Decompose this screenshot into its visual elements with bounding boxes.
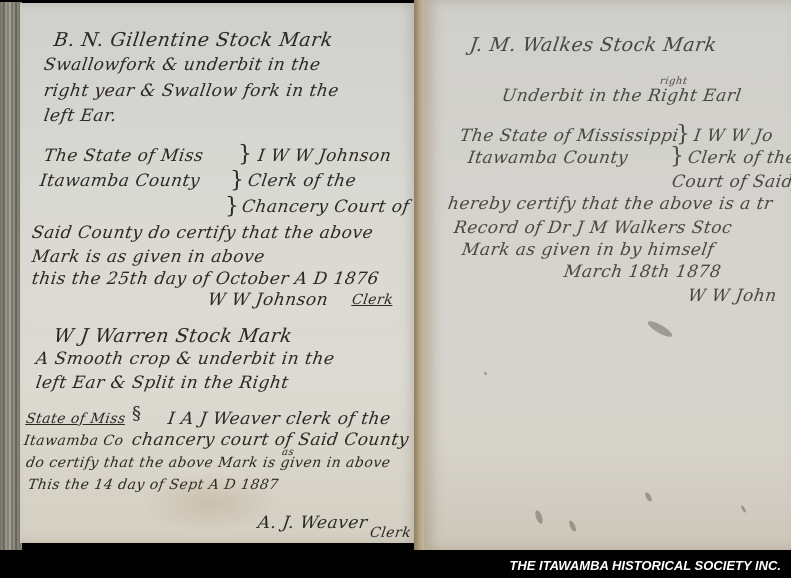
entry-line: Swallowfork & underbit in the bbox=[43, 55, 322, 75]
inserted-word: as bbox=[281, 447, 295, 458]
brace-mark: } bbox=[238, 144, 252, 166]
certificate-date: March 18th 1878 bbox=[563, 262, 723, 282]
left-page: B. N. Gillentine Stock Mark Swallowfork … bbox=[20, 3, 417, 543]
certificate-body: this the 25th day of October A D 1876 bbox=[31, 269, 381, 289]
certificate-clerk: Court of Said bbox=[671, 172, 791, 192]
caption-bar: THE ITAWAMBA HISTORICAL SOCIETY INC. bbox=[0, 550, 791, 578]
brace-mark: } bbox=[670, 146, 684, 168]
signature-title: Clerk bbox=[351, 292, 394, 308]
credit-text: THE ITAWAMBA HISTORICAL SOCIETY INC. bbox=[509, 558, 781, 573]
certificate-body: hereby certify that the above is a tr bbox=[447, 194, 774, 214]
certificate-county: Itawamba County bbox=[467, 148, 630, 168]
entry-line: A Smooth crop & underbit in the bbox=[35, 349, 336, 369]
right-page: J. M. Walkes Stock Mark right Underbit i… bbox=[424, 0, 791, 550]
ink-stain bbox=[534, 509, 544, 524]
certificate-body: chancery court of Said County bbox=[131, 430, 411, 450]
certificate-state: The State of Mississippi bbox=[459, 126, 680, 146]
entry-line: right year & Swallow fork in the bbox=[43, 81, 341, 101]
signature: A. J. Weaver bbox=[257, 513, 369, 533]
entry-line: Underbit in the Right Earl bbox=[501, 86, 743, 106]
certificate-body: Mark is as given in above bbox=[31, 247, 267, 267]
certificate-county: Itawamba Co bbox=[23, 433, 125, 449]
certificate-clerk: Chancery Court of bbox=[241, 197, 411, 217]
certificate-body: Said County do certify that the above bbox=[31, 223, 375, 243]
signature-title: Clerk bbox=[369, 525, 412, 541]
brace-mark: } bbox=[225, 196, 239, 218]
ink-stain bbox=[568, 520, 578, 533]
entry-title-walker: J. M. Walkes Stock Mark bbox=[468, 34, 718, 56]
certificate-state: The State of Miss bbox=[43, 146, 205, 166]
entry-line: left Ear & Split in the Right bbox=[35, 373, 291, 393]
certificate-clerk: Clerk of the bbox=[687, 148, 791, 168]
certificate-body: Mark as given in by himself bbox=[461, 240, 716, 260]
book-page-edges bbox=[0, 2, 22, 550]
brace-mark: } bbox=[676, 124, 690, 146]
flourish-mark: § bbox=[132, 403, 141, 425]
certificate-clerk: I W W Jo bbox=[693, 126, 775, 146]
signature: W W John bbox=[687, 286, 779, 306]
certificate-clerk: Clerk of the bbox=[247, 171, 358, 191]
entry-title-warren: W J Warren Stock Mark bbox=[52, 325, 293, 347]
ledger-photo: B. N. Gillentine Stock Mark Swallowfork … bbox=[0, 0, 791, 578]
entry-title-gillentine: B. N. Gillentine Stock Mark bbox=[52, 29, 334, 51]
certificate-body: do certify that the above Mark is given … bbox=[25, 455, 392, 471]
ink-stain bbox=[644, 491, 653, 502]
entry-line: left Ear. bbox=[43, 106, 119, 126]
certificate-state: State of Miss bbox=[25, 411, 127, 427]
certificate-body: Record of Dr J M Walkers Stoc bbox=[453, 218, 734, 238]
brace-mark: } bbox=[230, 170, 244, 192]
certificate-clerk: I W W Johnson bbox=[257, 146, 393, 166]
certificate-body: This the 14 day of Sept A D 1887 bbox=[27, 477, 280, 493]
certificate-county: Itawamba County bbox=[39, 171, 202, 191]
ink-stain bbox=[484, 372, 487, 375]
ink-stain bbox=[646, 319, 674, 340]
certificate-clerk: I A J Weaver clerk of the bbox=[167, 409, 392, 429]
ink-stain bbox=[740, 505, 747, 513]
signature: W W Johnson bbox=[207, 290, 330, 310]
